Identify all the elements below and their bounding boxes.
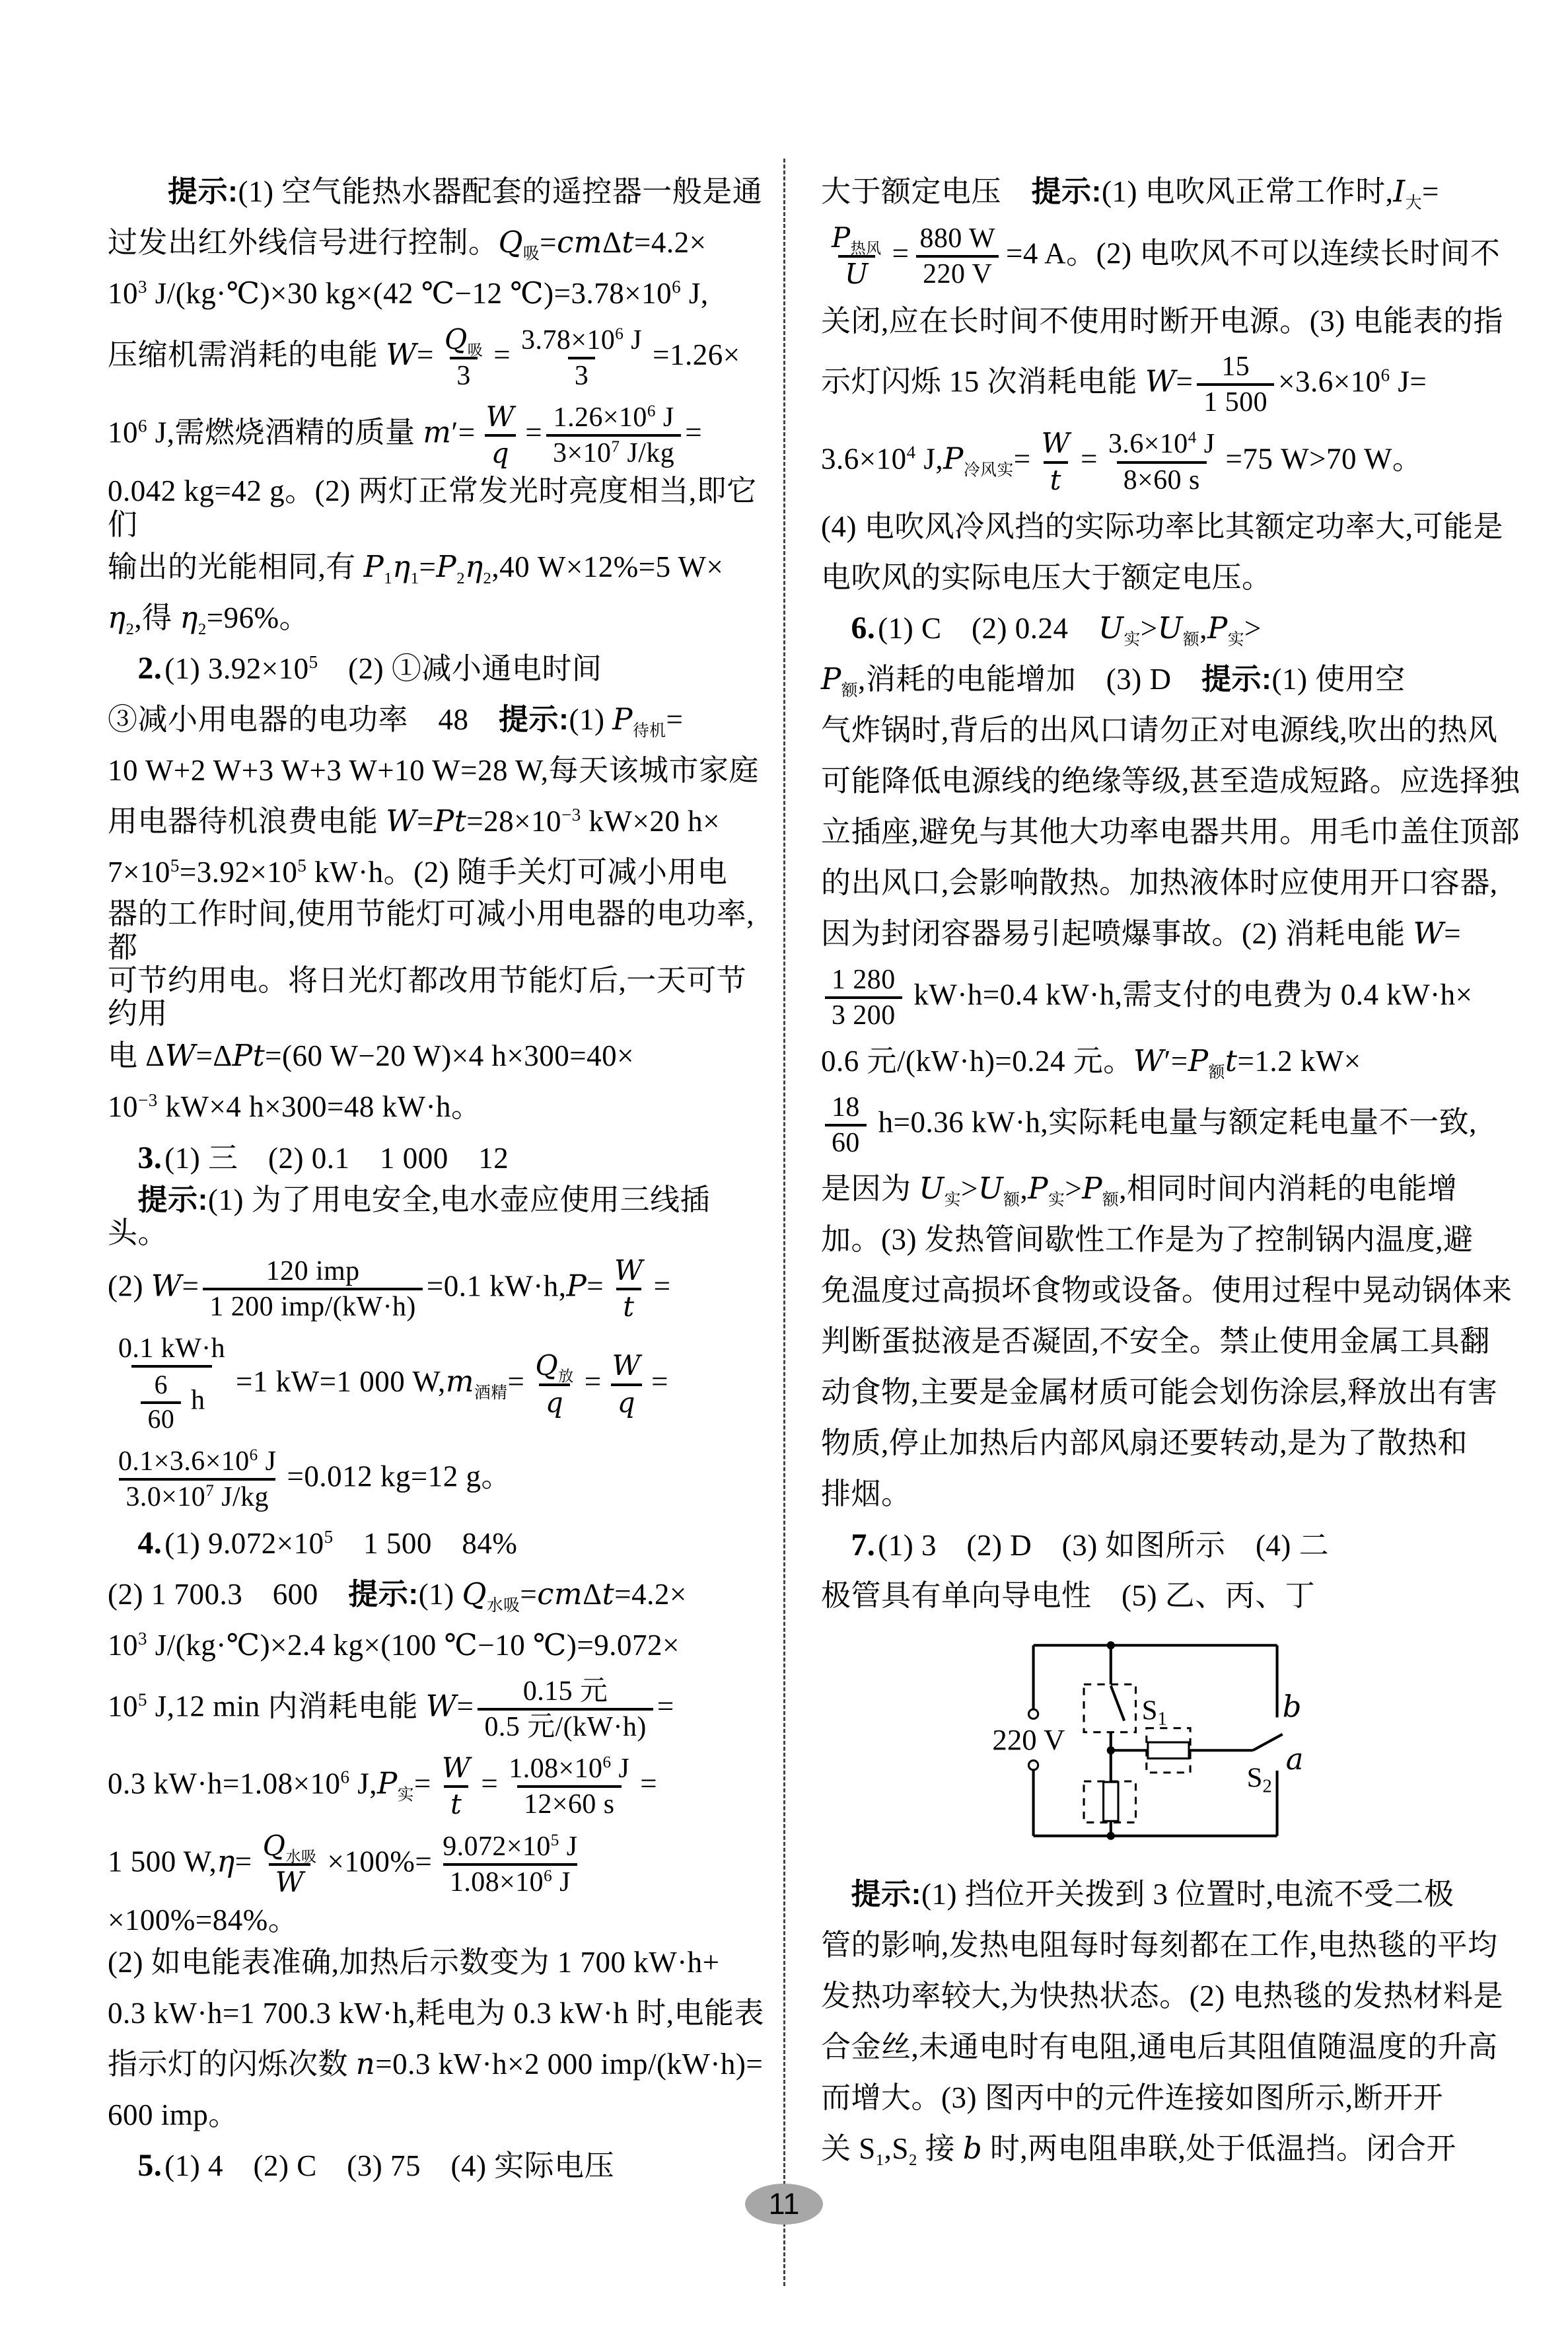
- text-line: 示灯闪烁 15 次消耗电能 W=151 500×3.6×106 J=: [821, 346, 1546, 423]
- right-column-text-top: 大于额定电压 提示:(1) 电吹风正常工作时,I大=P热风U=880 W220 …: [821, 166, 1546, 1621]
- text-line: 1 500 W,η=Q水吸W×100%=9.072×105 J1.08×106 …: [108, 1826, 768, 1937]
- text-line: 立插座,避免与其他大功率电器共用。用毛巾盖住顶部: [821, 807, 1546, 858]
- column-divider: [783, 159, 785, 2286]
- contact-a-label: a: [1286, 1742, 1304, 1777]
- power-source: 220 V: [992, 1709, 1065, 1770]
- right-column: 大于额定电压 提示:(1) 电吹风正常工作时,I大=P热风U=880 W220 …: [821, 166, 1546, 2174]
- text-line: 而增大。(3) 图丙中的元件连接如图所示,断开开: [821, 2073, 1546, 2123]
- resistor-r2: [1147, 1728, 1190, 1773]
- text-line: 因为封闭容器易引起喷爆事故。(2) 消耗电能 W=: [821, 908, 1546, 959]
- page-number: 11: [769, 2187, 800, 2221]
- circuit-wires: [1034, 1645, 1277, 1835]
- text-line: 可节约用电。将日光灯都改用节能灯后,一天可节约用: [108, 964, 768, 1031]
- text-line: 过发出红外线信号进行控制。Q吸=cmΔt=4.2×: [108, 217, 768, 268]
- text-line: 106 J,需燃烧酒精的质量 m′=Wq=1.26×106 J3×107 J/k…: [108, 396, 768, 474]
- text-line: 0.1×3.6×106 J3.0×107 J/kg=0.012 kg=12 g。: [108, 1441, 768, 1518]
- text-line: 0.3 kW·h=1.08×106 J,P实=Wt=1.08×106 J12×6…: [108, 1748, 768, 1826]
- text-line: 免温度过高损坏食物或设备。使用过程中晃动锅体来: [821, 1265, 1546, 1316]
- text-line: 关闭,应在长时间不使用时断开电源。(3) 电能表的指: [821, 295, 1546, 346]
- text-line: 103 J/(kg·℃)×30 kg×(42 ℃−12 ℃)=3.78×106 …: [108, 268, 768, 319]
- text-line: 4.(1) 9.072×105 1 500 84%: [108, 1518, 768, 1569]
- text-line: 动食物,主要是金属材质可能会划伤涂层,释放出有害: [821, 1367, 1546, 1418]
- text-line: 压缩机需消耗的电能 W=Q吸3=3.78×106 J3=1.26×: [108, 319, 768, 396]
- text-line: 发热功率较大,为快热状态。(2) 电热毯的发热材料是: [821, 1971, 1546, 2022]
- text-line: 指示灯的闪烁次数 n=0.3 kW·h×2 000 imp/(kW·h)=: [108, 2039, 768, 2090]
- circuit-diagram: 220 V S1 b a S2: [991, 1636, 1314, 1849]
- left-column: 提示:(1) 空气能热水器配套的遥控器一般是通过发出红外线信号进行控制。Q吸=c…: [108, 166, 768, 2192]
- text-line: 3.(1) 三 (2) 0.1 1 000 12: [108, 1132, 768, 1183]
- text-line: 合金丝,未通电时有电阻,通电后其阻值随温度的升高: [821, 2022, 1546, 2073]
- text-line: (2) 1 700.3 600 提示:(1) Q水吸=cmΔt=4.2×: [108, 1569, 768, 1620]
- text-line: 判断蛋挞液是否凝固,不安全。禁止使用金属工具翻: [821, 1316, 1546, 1367]
- text-line: (2) 如电能表准确,加热后示数变为 1 700 kW·h+: [108, 1937, 768, 1988]
- text-line: 2.(1) 3.92×105 (2) ①减小通电时间: [108, 643, 768, 694]
- text-line: 关 S1,S2 接 b 时,两电阻串联,处于低温挡。闭合开: [821, 2123, 1546, 2174]
- svg-text:S1: S1: [1142, 1695, 1167, 1729]
- text-line: 排烟。: [821, 1469, 1546, 1520]
- text-line: 105 J,12 min 内消耗电能 W=0.15 元0.5 元/(kW·h)=: [108, 1671, 768, 1748]
- text-line: 提示:(1) 为了用电安全,电水壶应使用三线插头。: [108, 1183, 768, 1250]
- text-line: (4) 电吹风冷风挡的实际功率比其额定功率大,可能是: [821, 501, 1546, 552]
- text-line: 5.(1) 4 (2) C (3) 75 (4) 实际电压: [108, 2141, 768, 2192]
- text-line: η2,得 η2=96%。: [108, 592, 768, 643]
- text-line: 加。(3) 发热管间歇性工作是为了控制锅内温度,避: [821, 1214, 1546, 1265]
- text-line: 是因为 U实>U额,P实>P额,相同时间内消耗的电能增: [821, 1163, 1546, 1214]
- text-line: 器的工作时间,使用节能灯可减小用电器的电功率,都: [108, 897, 768, 964]
- switch-s1: S1: [1084, 1684, 1167, 1732]
- text-line: 管的影响,发热电阻每时每刻都在工作,电热毯的平均: [821, 1920, 1546, 1971]
- text-line: 7.(1) 3 (2) D (3) 如图所示 (4) 二: [821, 1520, 1546, 1570]
- text-line: 10−3 kW×4 h×300=48 kW·h。: [108, 1082, 768, 1132]
- text-line: 0.6 元/(kW·h)=0.24 元。W′=P额t=1.2 kW×: [821, 1036, 1546, 1087]
- text-line: 6.(1) C (2) 0.24 U实>U额,P实>: [821, 603, 1546, 654]
- text-line: (2) W=120 imp1 200 imp/(kW·h)=0.1 kW·h,P…: [108, 1250, 768, 1328]
- text-line: ③减小用电器的电功率 48 提示:(1) P待机=: [108, 694, 768, 745]
- text-line: 提示:(1) 空气能热水器配套的遥控器一般是通: [108, 166, 768, 217]
- text-line: 103 J/(kg·℃)×2.4 kg×(100 ℃−10 ℃)=9.072×: [108, 1620, 768, 1671]
- text-line: 7×105=3.92×105 kW·h。(2) 随手关灯可减小用电: [108, 846, 768, 897]
- circuit-diagram-svg: 220 V S1 b a S2: [991, 1636, 1314, 1846]
- page-number-badge: 11: [745, 2184, 823, 2225]
- answer-page: 提示:(1) 空气能热水器配套的遥控器一般是通过发出红外线信号进行控制。Q吸=c…: [0, 0, 1568, 2325]
- text-line: 0.1 kW·h660 h=1 kW=1 000 W,m酒精=Q放q=Wq=: [108, 1328, 768, 1442]
- svg-text:S2: S2: [1247, 1762, 1272, 1796]
- text-line: P热风U=880 W220 V=4 A。(2) 电吹风不可以连续长时间不: [821, 217, 1546, 295]
- right-column-text-bottom: 提示:(1) 挡位开关拨到 3 位置时,电流不受二极管的影响,发热电阻每时每刻都…: [821, 1869, 1546, 2174]
- text-line: 0.3 kW·h=1 700.3 kW·h,耗电为 0.3 kW·h 时,电能表: [108, 1988, 768, 2039]
- text-line: 1860 h=0.36 kW·h,实际耗电量与额定耗电量不一致,: [821, 1087, 1546, 1163]
- text-line: 1 2803 200 kW·h=0.4 kW·h,需支付的电费为 0.4 kW·…: [821, 959, 1546, 1036]
- text-line: 气炸锅时,背后的出风口请勿正对电源线,吹出的热风: [821, 705, 1546, 756]
- text-line: 提示:(1) 挡位开关拨到 3 位置时,电流不受二极: [821, 1869, 1546, 1920]
- text-line: P额,消耗的电能增加 (3) D 提示:(1) 使用空: [821, 654, 1546, 705]
- text-line: 的出风口,会影响散热。加热液体时应使用开口容器,: [821, 858, 1546, 908]
- text-line: 大于额定电压 提示:(1) 电吹风正常工作时,I大=: [821, 166, 1546, 217]
- text-line: 物质,停止加热后内部风扇还要转动,是为了散热和: [821, 1418, 1546, 1469]
- contact-b-label: b: [1283, 1689, 1302, 1724]
- text-line: 10 W+2 W+3 W+3 W+10 W=28 W,每天该城市家庭: [108, 745, 768, 795]
- switch-s2: b a S2: [1247, 1689, 1304, 1796]
- text-line: 可能降低电源线的绝缘等级,甚至造成短路。应选择独: [821, 756, 1546, 807]
- text-line: 极管具有单向导电性 (5) 乙、丙、丁: [821, 1570, 1546, 1621]
- voltage-label: 220 V: [992, 1723, 1065, 1756]
- text-line: 输出的光能相同,有 P1η1=P2η2,40 W×12%=5 W×: [108, 541, 768, 592]
- text-line: 0.042 kg=42 g。(2) 两灯正常发光时亮度相当,即它们: [108, 474, 768, 541]
- text-line: 600 imp。: [108, 2090, 768, 2141]
- resistor-r1: [1084, 1781, 1135, 1822]
- text-line: 3.6×104 J,P冷风实=Wt=3.6×104 J8×60 s=75 W>7…: [821, 423, 1546, 501]
- text-line: 用电器待机浪费电能 W=Pt=28×10−3 kW×20 h×: [108, 795, 768, 846]
- text-line: 电吹风的实际电压大于额定电压。: [821, 552, 1546, 603]
- text-line: 电 ΔW=ΔPt=(60 W−20 W)×4 h×300=40×: [108, 1031, 768, 1082]
